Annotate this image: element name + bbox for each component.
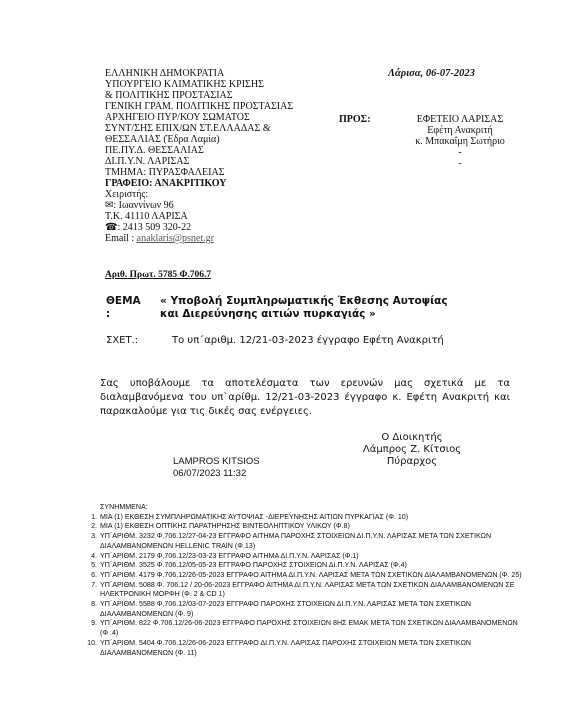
attachment-number: 10. [81,639,97,649]
phone-row: ☎: 2413 509 320-22 [105,222,293,233]
attachment-text: ΥΠ΄ΑΡΙΘΜ. 3525 Φ.706.12/05-05-23 ΕΓΓΡΑΦΟ… [100,561,407,569]
attachment-item: 10.ΥΠ΄ΑΡΙΘΜ. 5404 Φ.706.12/26-06-2023 ΕΓ… [85,639,525,658]
sender-line: ΠΕ.ΠΥ.Δ. ΘΕΣΣΑΛΙΑΣ [105,145,293,156]
attachment-item: 6.ΥΠ΄ΑΡΙΘΜ. 4179 Φ.706.12/26-05-2023 ΕΓΓ… [85,571,525,581]
attachment-item: 3.ΥΠ΄ΑΡΙΘΜ. 3232 Φ.706.12/27-04-23 ΕΓΓΡΑ… [85,532,525,551]
recipient-line: Εφέτη Ανακριτή [400,125,520,136]
digital-signature: LAMPROS KITSIOS 06/07/2023 11:32 [173,456,260,480]
digital-signature-datetime: 06/07/2023 11:32 [173,468,260,480]
attachment-text: ΥΠ΄ΑΡΙΘΜ. 4179 Φ.706.12/26-05-2023 ΕΓΓΡΑ… [100,571,522,579]
sender-line: ΣΥΝΤ/ΣΗΣ ΕΠΙΧ/ΩΝ ΣΤ.ΕΛΛΑΔΑΣ & [105,123,293,134]
recipient-line: - [400,158,520,169]
protocol-number: Αριθ. Πρωτ. 5785 Φ.706.7 [105,270,211,280]
sender-line: ΑΡΧΗΓΕΙΟ ΠΥΡ/ΚΟΥ ΣΩΜΑΤΟΣ [105,112,293,123]
reference-text: Το υπ΄αριθμ. 12/21-03-2023 έγγραφο Εφέτη… [172,335,444,346]
attachment-number: 3. [85,532,97,542]
attachment-number: 6. [85,571,97,581]
recipient-block: ΕΦΕΤΕΙΟ ΛΑΡΙΣΑΣ Εφέτη Ανακριτή κ. Μπακαΐ… [400,114,520,169]
sender-block: ΕΛΛΗΝΙΚΗ ΔΗΜΟΚΡΑΤΙΑ ΥΠΟΥΡΓΕΙΟ ΚΛΙΜΑΤΙΚΗΣ… [105,68,293,244]
attachment-text: ΥΠ΄ΑΡΙΘΜ. 5088 Φ. 706.12 / 20-06-2023 ΕΓ… [100,581,514,599]
attachments-section: ΣΥΝΗΜΜΕΝΑ: 1.ΜΙΑ (1) ΕΚΘΕΣΗ ΣΥΜΠΛΗΡΩΜΑΤΙ… [85,503,525,658]
subject-label: ΘΕΜΑ : [106,295,146,321]
address-row: ✉: Ιωαννίνων 96 [105,200,293,211]
attachment-text: ΜΙΑ (1) ΕΚΘΕΣΗ ΣΥΜΠΛΗΡΩΜΑΤΙΚΗΣ ΑΥΤΟΨΙΑΣ … [100,513,408,521]
place-date: Λάρισα, 06-07-2023 [388,68,475,79]
attachment-item: 5.ΥΠ΄ΑΡΙΘΜ. 3525 Φ.706.12/05-05-23 ΕΓΓΡΑ… [85,561,525,571]
attachment-item: 7.ΥΠ΄ΑΡΙΘΜ. 5088 Φ. 706.12 / 20-06-2023 … [85,581,525,600]
attachments-list: 1.ΜΙΑ (1) ΕΚΘΕΣΗ ΣΥΜΠΛΗΡΩΜΑΤΙΚΗΣ ΑΥΤΟΨΙΑ… [85,513,525,659]
email-link[interactable]: anaklaris@psnet.gr [137,233,214,244]
postal-code: Τ.Κ. 41110 ΛΑΡΙΣΑ [105,211,293,222]
attachment-item: 1.ΜΙΑ (1) ΕΚΘΕΣΗ ΣΥΜΠΛΗΡΩΜΑΤΙΚΗΣ ΑΥΤΟΨΙΑ… [85,513,525,523]
attachment-number: 9. [85,619,97,629]
telephone-icon: ☎ [105,222,117,233]
attachment-number: 8. [85,600,97,610]
recipient-line: ΕΦΕΤΕΙΟ ΛΑΡΙΣΑΣ [400,114,520,125]
attachment-text: ΥΠ΄ΑΡΙΘΜ. 5588 Φ.706.12/03-07-2023 ΕΓΓΡΑ… [100,600,471,618]
phone-text: : 2413 509 320-22 [117,222,191,233]
attachment-text: ΥΠ΄ΑΡΙΘΜ. 3232 Φ.706.12/27-04-23 ΕΓΓΡΑΦΟ… [100,532,491,550]
address-text: : Ιωαννίνων 96 [113,200,173,211]
attachment-number: 2. [85,522,97,532]
attachment-number: 5. [85,561,97,571]
digital-signature-name: LAMPROS KITSIOS [173,456,260,468]
recipient-label: ΠΡΟΣ: [339,114,371,125]
signer-name: Λάμπρος Ζ. Κίτσιος [352,444,472,456]
attachment-item: 9.ΥΠ΄ΑΡΙΘΜ. 822 Φ.706.12/26-06-2023 ΕΓΓΡ… [85,619,525,638]
attachments-title: ΣΥΝΗΜΜΕΝΑ: [100,503,525,513]
sender-line: ΕΛΛΗΝΙΚΗ ΔΗΜΟΚΡΑΤΙΑ [105,68,293,79]
attachment-text: ΥΠ΄ΑΡΙΘΜ. 5404 Φ.706.12/26-06-2023 ΕΓΓΡΑ… [100,639,471,657]
sender-line: ΥΠΟΥΡΓΕΙΟ ΚΛΙΜΑΤΙΚΗΣ ΚΡΙΣΗΣ [105,79,293,90]
attachment-text: ΥΠ΄ΑΡΙΘΜ. 822 Φ.706.12/26-06-2023 ΕΓΓΡΑΦ… [100,619,518,637]
sender-line: & ΠΟΛΙΤΙΚΗΣ ΠΡΟΣΤΑΣΙΑΣ [105,90,293,101]
recipient-line: - [400,147,520,158]
sender-office: ΓΡΑΦΕΙΟ: ΑΝΑΚΡΙΤΙΚΟΥ [105,178,293,189]
sender-line: ΘΕΣΣΑΛΙΑΣ (Έδρα Λαμία) [105,134,293,145]
attachment-item: 2.ΜΙΑ (1) ΕΚΘΕΣΗ ΟΠΤΙΚΗΣ ΠΑΡΑΤΗΡΗΣΗΣ ΒΙΝ… [85,522,525,532]
attachment-item: 4.ΥΠ΄ΑΡΙΘΜ. 2179 Φ.706.12/23-03-23 ΕΓΓΡΑ… [85,552,525,562]
attachment-text: ΥΠ΄ΑΡΙΘΜ. 2179 Φ.706.12/23-03-23 ΕΓΓΡΑΦΟ… [100,552,359,560]
sender-line: ΓΕΝΙΚΗ ΓΡΑΜ. ΠΟΛΙΤΙΚΗΣ ΠΡΟΣΤΑΣΙΑΣ [105,101,293,112]
email-row: Email : anaklaris@psnet.gr [105,233,293,244]
attachment-item: 8.ΥΠ΄ΑΡΙΘΜ. 5588 Φ.706.12/03-07-2023 ΕΓΓ… [85,600,525,619]
signer-block: Ο Διοικητής Λάμπρος Ζ. Κίτσιος Πύραρχος [352,432,472,468]
attachment-number: 7. [85,581,97,591]
handler-label: Χειριστής: [105,189,293,200]
reference-label: ΣΧΕΤ.: [106,335,138,346]
signer-rank: Πύραρχος [352,456,472,468]
attachment-number: 4. [85,552,97,562]
email-label: Email : [105,233,137,244]
sender-line: ΤΜΗΜΑ: ΠΥΡΑΣΦΑΛΕΙΑΣ [105,167,293,178]
signer-title: Ο Διοικητής [352,432,472,444]
attachment-number: 1. [85,513,97,523]
sender-line: ΔΙ.Π.Υ.Ν. ΛΑΡΙΣΑΣ [105,156,293,167]
recipient-line: κ. Μπακαΐμη Σωτήριο [400,136,520,147]
body-paragraph: Σας υποβάλουμε τα αποτελέσματα των ερευν… [100,377,510,419]
subject-text: « Υποβολή Συμπληρωματικής Έκθεσης Αυτοψί… [160,295,460,321]
attachment-text: ΜΙΑ (1) ΕΚΘΕΣΗ ΟΠΤΙΚΗΣ ΠΑΡΑΤΗΡΗΣΗΣ ΒΙΝΤΕ… [100,522,350,530]
